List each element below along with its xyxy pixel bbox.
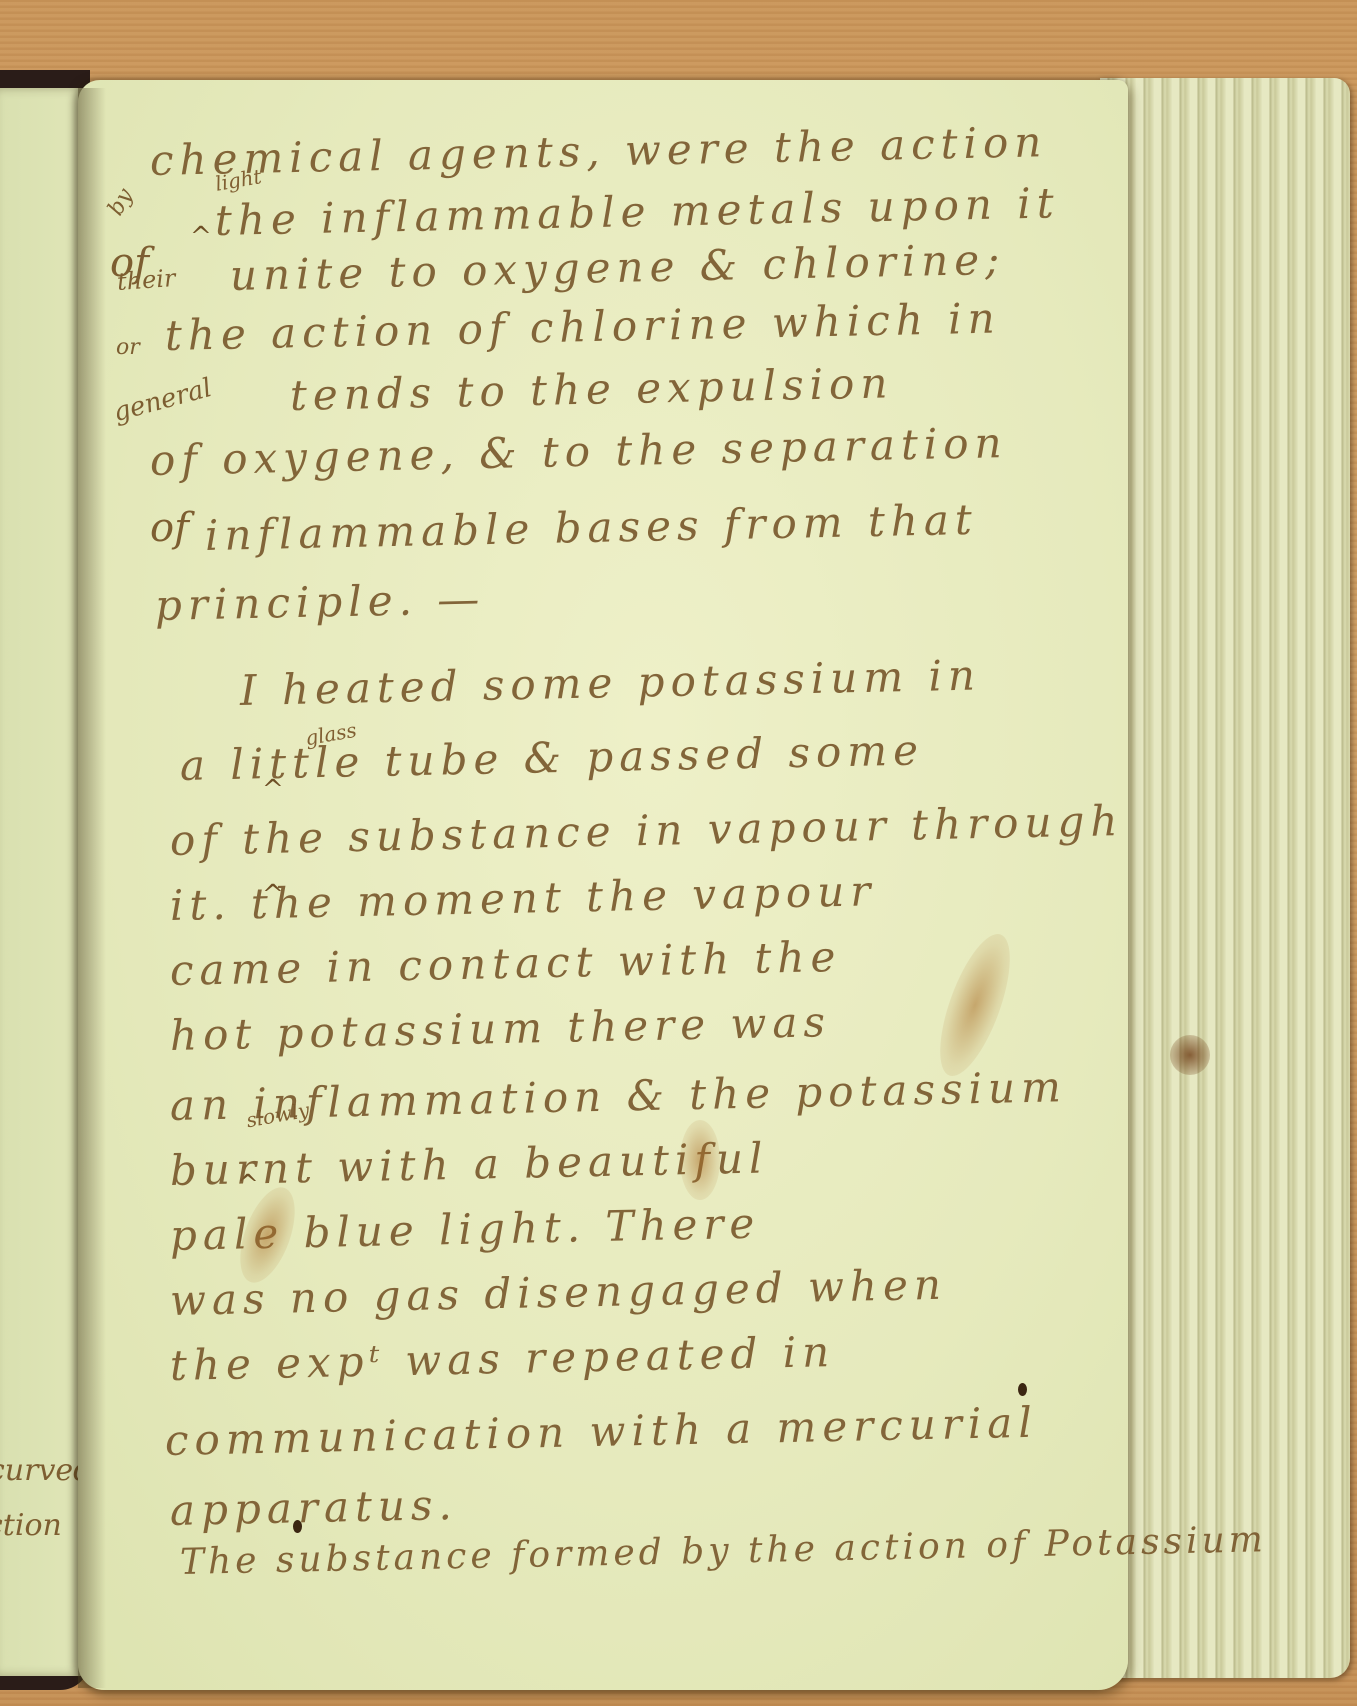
manuscript-line: burnt with a beautiful bbox=[170, 1137, 769, 1192]
manuscript-line: the action of chlorine which in bbox=[165, 298, 1001, 357]
manuscript-line: of oxygene, & to the separation bbox=[150, 422, 1008, 482]
manuscript-line: a little tube & passed some bbox=[180, 729, 925, 787]
ink-stain bbox=[680, 1120, 720, 1200]
manuscript-line: chemical agents, were the action bbox=[150, 121, 1048, 182]
ink-stain bbox=[926, 926, 1024, 1084]
manuscript-line: tends to the expulsion bbox=[290, 362, 894, 417]
ink-dot bbox=[1018, 1383, 1027, 1396]
ink-blot bbox=[1170, 1035, 1210, 1075]
insertion-caret: ^ bbox=[190, 222, 212, 252]
manuscript-line: of the substance in vapour through bbox=[170, 800, 1124, 862]
manuscript-line: apparatus. bbox=[170, 1484, 459, 1532]
manuscript-line: the expᵗ was repeated in bbox=[170, 1331, 836, 1387]
margin-note-their: their bbox=[116, 264, 176, 296]
manuscript-line: it. the moment the vapour bbox=[170, 870, 877, 927]
manuscript-line: principle. — bbox=[155, 578, 486, 627]
ink-dot bbox=[293, 1520, 302, 1533]
manuscript-text: by of their or general of light ^ glass … bbox=[0, 0, 1357, 1706]
manuscript-line: an inflammation & the potassium bbox=[170, 1066, 1068, 1127]
manuscript-line: inflammable bases from that bbox=[205, 499, 979, 557]
manuscript-line: hot potassium there was bbox=[170, 1001, 832, 1057]
manuscript-line: the inflammable metals upon it bbox=[215, 182, 1060, 242]
margin-note-general: general bbox=[110, 373, 215, 428]
manuscript-line: came in contact with the bbox=[170, 936, 842, 992]
margin-note-or: or bbox=[116, 335, 140, 360]
manuscript-line: unite to oxygene & chlorine; bbox=[230, 239, 1006, 297]
margin-note-of-2: of bbox=[150, 505, 189, 551]
margin-note-by: by bbox=[103, 185, 138, 220]
manuscript-line: communication with a mercurial bbox=[165, 1402, 1039, 1462]
manuscript-line: was no gas disengaged when bbox=[170, 1264, 948, 1322]
manuscript-line: I heated some potassium in bbox=[240, 654, 982, 712]
